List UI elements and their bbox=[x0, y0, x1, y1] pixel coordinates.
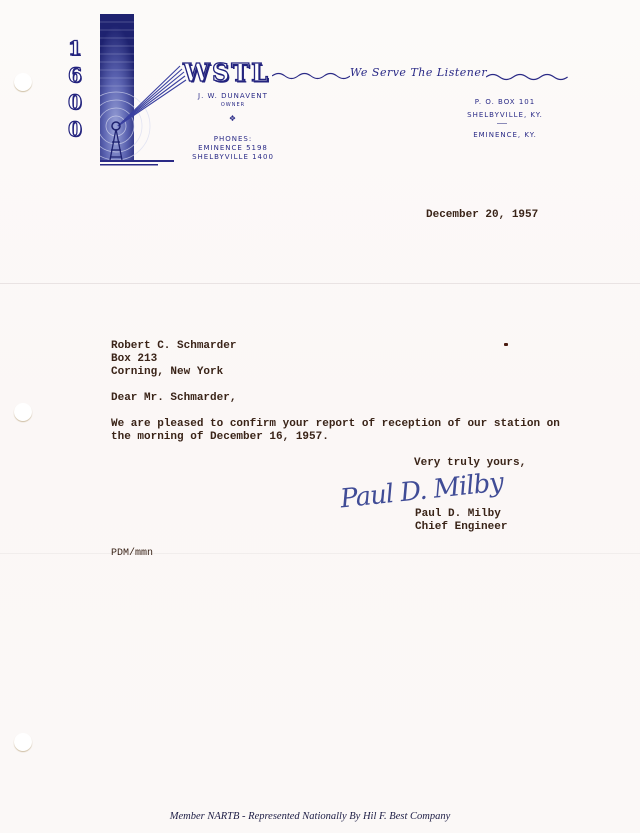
frequency-digit: 0 bbox=[68, 90, 82, 114]
owner-name: J. W. DUNAVENT bbox=[188, 92, 278, 100]
wave-ornament-icon bbox=[272, 70, 350, 80]
salutation: Dear Mr. Schmarder, bbox=[111, 392, 236, 405]
recipient-line: Robert C. Schmarder bbox=[111, 340, 236, 353]
address-divider bbox=[497, 123, 507, 124]
fold-crease bbox=[0, 553, 640, 554]
phone-line: SHELBYVILLE 1400 bbox=[186, 153, 280, 162]
body-line: We are pleased to confirm your report of… bbox=[111, 418, 560, 431]
footer-note: Member NARTB - Represented Nationally By… bbox=[0, 811, 620, 822]
address-line: SHELBYVILLE, KY. bbox=[450, 111, 560, 119]
address-line: EMINENCE, KY. bbox=[450, 131, 560, 139]
letter-date: December 20, 1957 bbox=[426, 209, 538, 222]
frequency-digit: 6 bbox=[68, 63, 82, 87]
phones-block: PHONES: EMINENCE 5198 SHELBYVILLE 1400 bbox=[186, 135, 280, 162]
recipient-line: Corning, New York bbox=[111, 366, 223, 379]
owner-title: OWNER bbox=[188, 102, 278, 108]
fold-crease bbox=[0, 283, 640, 284]
ornament-icon: ❖ bbox=[188, 114, 278, 123]
recipient-line: Box 213 bbox=[111, 353, 157, 366]
phone-line: EMINENCE 5198 bbox=[186, 144, 280, 153]
signer-title: Chief Engineer bbox=[415, 521, 507, 534]
signer-name: Paul D. Milby bbox=[415, 508, 501, 521]
reference-initials: PDM/mmn bbox=[111, 547, 153, 560]
station-motto: We Serve The Listener bbox=[350, 66, 487, 79]
wave-ornament-icon bbox=[486, 72, 568, 82]
radio-tower-logo-icon bbox=[100, 14, 190, 166]
body-line: the morning of December 16, 1957. bbox=[111, 431, 329, 444]
punch-hole bbox=[14, 403, 32, 421]
letter-page bbox=[0, 0, 640, 833]
ink-speck bbox=[504, 343, 508, 346]
frequency-digit: 0 bbox=[68, 117, 82, 141]
phones-label: PHONES: bbox=[186, 135, 280, 144]
punch-hole bbox=[14, 733, 32, 751]
frequency-digit: 1 bbox=[68, 36, 82, 60]
punch-hole bbox=[14, 73, 32, 91]
closing: Very truly yours, bbox=[414, 457, 526, 470]
station-callsign: WSTL bbox=[183, 58, 270, 87]
address-line: P. O. BOX 101 bbox=[450, 98, 560, 106]
